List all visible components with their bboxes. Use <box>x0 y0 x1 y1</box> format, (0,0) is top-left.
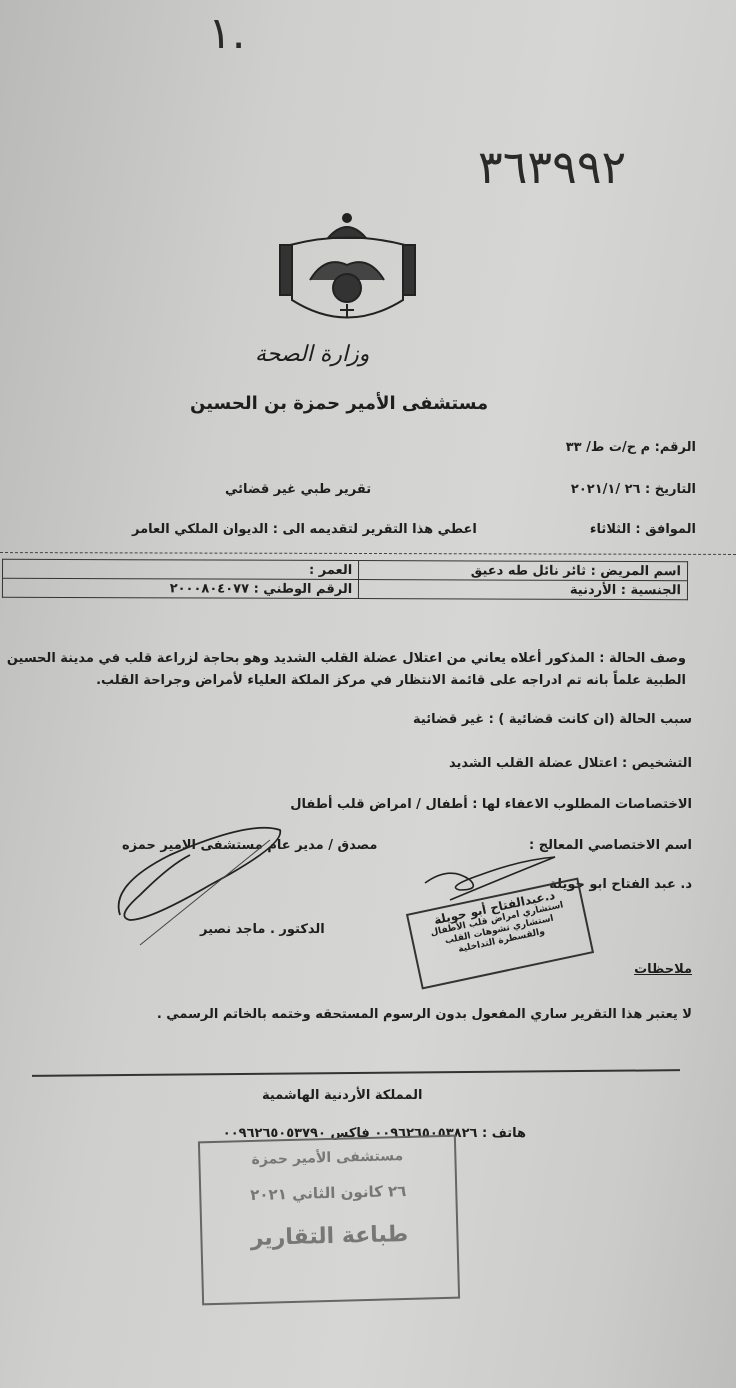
print-stamp: مستشفى الأمير حمزة ٢٦ كانون الثاني ٢٠٢١ … <box>198 1135 460 1306</box>
ministry-name: وزارة الصحة <box>255 342 369 367</box>
reference-label: الرقم: <box>655 440 696 455</box>
day-row: الموافق : الثلاثاء <box>590 522 696 537</box>
table-row: الجنسية : الأردنية الرقم الوطني : ٢٠٠٠٨٠… <box>2 578 687 599</box>
case-description-label: وصف الحالة : <box>599 651 686 666</box>
handwritten-reference-number: ٣٦٣٩٩٢ <box>478 140 626 194</box>
day-label: الموافق : <box>635 522 696 537</box>
case-description-value: المذكور أعلاه يعاني من اعتلال عضلة القلب… <box>7 651 686 688</box>
patient-national-id-cell: الرقم الوطني : ٢٠٠٠٨٠٤٠٧٧ <box>2 578 358 598</box>
reference-value: م ح/ت ط/ ٣٣ <box>566 440 650 455</box>
specialties-row: الاختصاصات المطلوب الاعفاء لها : أطفال /… <box>290 797 692 812</box>
reference-row: الرقم: م ح/ت ط/ ٣٣ <box>566 440 696 455</box>
patient-age-cell: العمر : <box>3 559 359 579</box>
date-value: ٢٦ /٢٠٢١/١ <box>571 482 641 497</box>
case-description: وصف الحالة : المذكور أعلاه يعاني من اعتل… <box>6 648 686 692</box>
date-label: التاريخ : <box>645 482 696 497</box>
recipient-value: الديوان الملكي العامر <box>132 522 268 537</box>
date-row: التاريخ : ٢٦ /٢٠٢١/١ <box>571 482 696 497</box>
recipient-row: اعطي هذا التقرير لتقديمه الى : الديوان ا… <box>132 522 477 537</box>
table-row: اسم المريض : ثائر نائل طه دعيق العمر : <box>3 559 688 580</box>
phone-label: هاتف : <box>482 1126 526 1141</box>
hospital-name: مستشفى الأمير حمزة بن الحسين <box>190 393 488 414</box>
report-type: تقرير طبي غير قضائي <box>225 482 371 497</box>
handwritten-top-mark: ١. <box>208 8 246 59</box>
patient-info-table: اسم المريض : ثائر نائل طه دعيق العمر : ا… <box>2 559 688 600</box>
day-value: الثلاثاء <box>590 522 631 537</box>
patient-nationality-cell: الجنسية : الأردنية <box>359 580 688 600</box>
notes-label: ملاحظات <box>634 962 692 977</box>
divider-line <box>0 552 736 555</box>
case-cause-row: سبب الحالة (ان كانت قضائية ) : غير قضائي… <box>413 712 692 727</box>
recipient-label: اعطي هذا التقرير لتقديمه الى : <box>273 522 477 537</box>
footer-country: المملكة الأردنية الهاشمية <box>262 1088 422 1103</box>
director-signature-icon <box>110 825 290 969</box>
footer-divider <box>32 1069 680 1076</box>
patient-name-cell: اسم المريض : ثائر نائل طه دعيق <box>359 561 688 581</box>
notes-text: لا يعتبر هذا التقرير ساري المفعول بدون ا… <box>157 1007 692 1022</box>
diagnosis-row: التشخيص : اعتلال عضلة القلب الشديد <box>449 756 692 771</box>
jordan-emblem-icon <box>270 210 425 335</box>
